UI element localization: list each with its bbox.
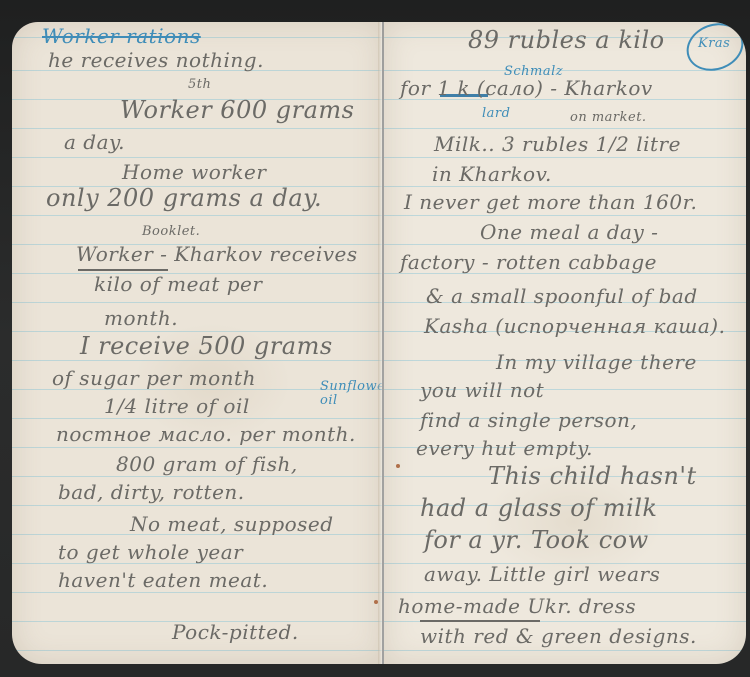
- text-line: haven't eaten meat.: [58, 568, 268, 592]
- text-line: find a single person,: [420, 408, 637, 432]
- text-line: This child hasn't: [488, 462, 697, 490]
- text-line: bad, dirty, rotten.: [58, 480, 245, 504]
- right-page: 89 rubles a kilo Kras Schmalz for 1 k (с…: [384, 22, 746, 664]
- ink-speck: [396, 464, 400, 468]
- text-line: factory - rotten cabbage: [400, 250, 657, 274]
- text-line: for 1 k (сало) - Kharkov: [400, 76, 653, 100]
- text-line: Home worker: [122, 160, 266, 184]
- text-line: with red & green designs.: [420, 624, 697, 648]
- text-line: had a glass of milk: [420, 494, 657, 522]
- text-line: he receives nothing.: [48, 48, 264, 72]
- text-line: постное масло. per month.: [56, 422, 356, 446]
- text-line: No meat, supposed: [130, 512, 334, 536]
- text-line: in Kharkov.: [432, 162, 552, 186]
- underline-mark: [78, 269, 168, 271]
- text-line: for a yr. Took cow: [424, 526, 649, 554]
- left-page: Worker rations he receives nothing. 5th …: [12, 22, 382, 664]
- text-line: & a small spoonful of bad: [426, 284, 698, 308]
- text-line: In my village there: [496, 350, 697, 374]
- text-line: 800 gram of fish,: [116, 452, 298, 476]
- blue-annotation: lard: [482, 106, 510, 121]
- text-line: of sugar per month: [52, 366, 256, 390]
- text-line: home-made Ukr. dress: [398, 594, 636, 618]
- circled-annotation-text: Kras: [698, 36, 730, 51]
- text-line: Pock-pitted.: [172, 620, 299, 644]
- text-line: kilo of meat per: [94, 272, 262, 296]
- superscript-note: 5th: [188, 77, 211, 92]
- text-line: month.: [104, 306, 178, 330]
- text-line: 89 rubles a kilo: [468, 26, 665, 54]
- notebook-spread: Worker rations he receives nothing. 5th …: [12, 22, 748, 664]
- text-line: every hut empty.: [416, 436, 593, 460]
- text-line: only 200 grams a day.: [46, 184, 322, 212]
- text-line: you will not: [420, 378, 544, 402]
- text-line: Kasha (испорченная каша).: [424, 314, 725, 338]
- text-line: Booklet.: [142, 224, 200, 239]
- margin-annotation: Sunflower oil: [320, 380, 380, 408]
- text-line: Worker - Kharkov receives: [76, 242, 358, 266]
- text-line: away. Little girl wears: [424, 562, 660, 586]
- text-line: 1/4 litre of oil: [104, 394, 250, 418]
- text-line: Worker 600 grams: [120, 96, 354, 124]
- underline-mark: [420, 620, 540, 622]
- heading-struck: Worker rations: [42, 24, 201, 48]
- text-line: Milk.. 3 rubles 1/2 litre: [434, 132, 681, 156]
- text-line: I receive 500 grams: [80, 332, 333, 360]
- text-line: One meal a day -: [480, 220, 658, 244]
- text-line: I never get more than 160r.: [404, 190, 697, 214]
- text-line: to get whole year: [58, 540, 243, 564]
- text-line: a day.: [64, 130, 125, 154]
- text-line: on market.: [570, 110, 647, 125]
